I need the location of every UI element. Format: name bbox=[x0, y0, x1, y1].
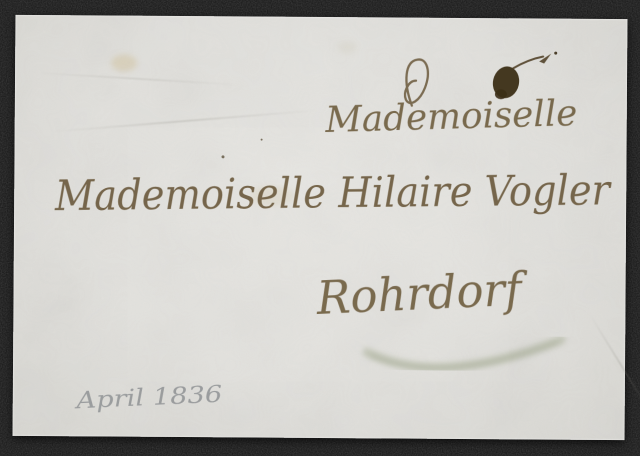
address-line-2: Mademoiselle Hilaire Vogler bbox=[54, 165, 613, 220]
handwriting-layer: Mademoiselle Mademoiselle Hilaire Vogler… bbox=[13, 15, 628, 440]
pencil-date-annotation: April 1836 bbox=[73, 382, 222, 415]
seal-smudge bbox=[367, 338, 561, 368]
address-line-3: Rohrdorf bbox=[314, 261, 529, 325]
letter-paper: Mademoiselle Mademoiselle Hilaire Vogler… bbox=[13, 15, 628, 440]
address-line-1: Mademoiselle bbox=[324, 93, 578, 141]
photo-canvas: Mademoiselle Mademoiselle Hilaire Vogler… bbox=[0, 0, 640, 456]
